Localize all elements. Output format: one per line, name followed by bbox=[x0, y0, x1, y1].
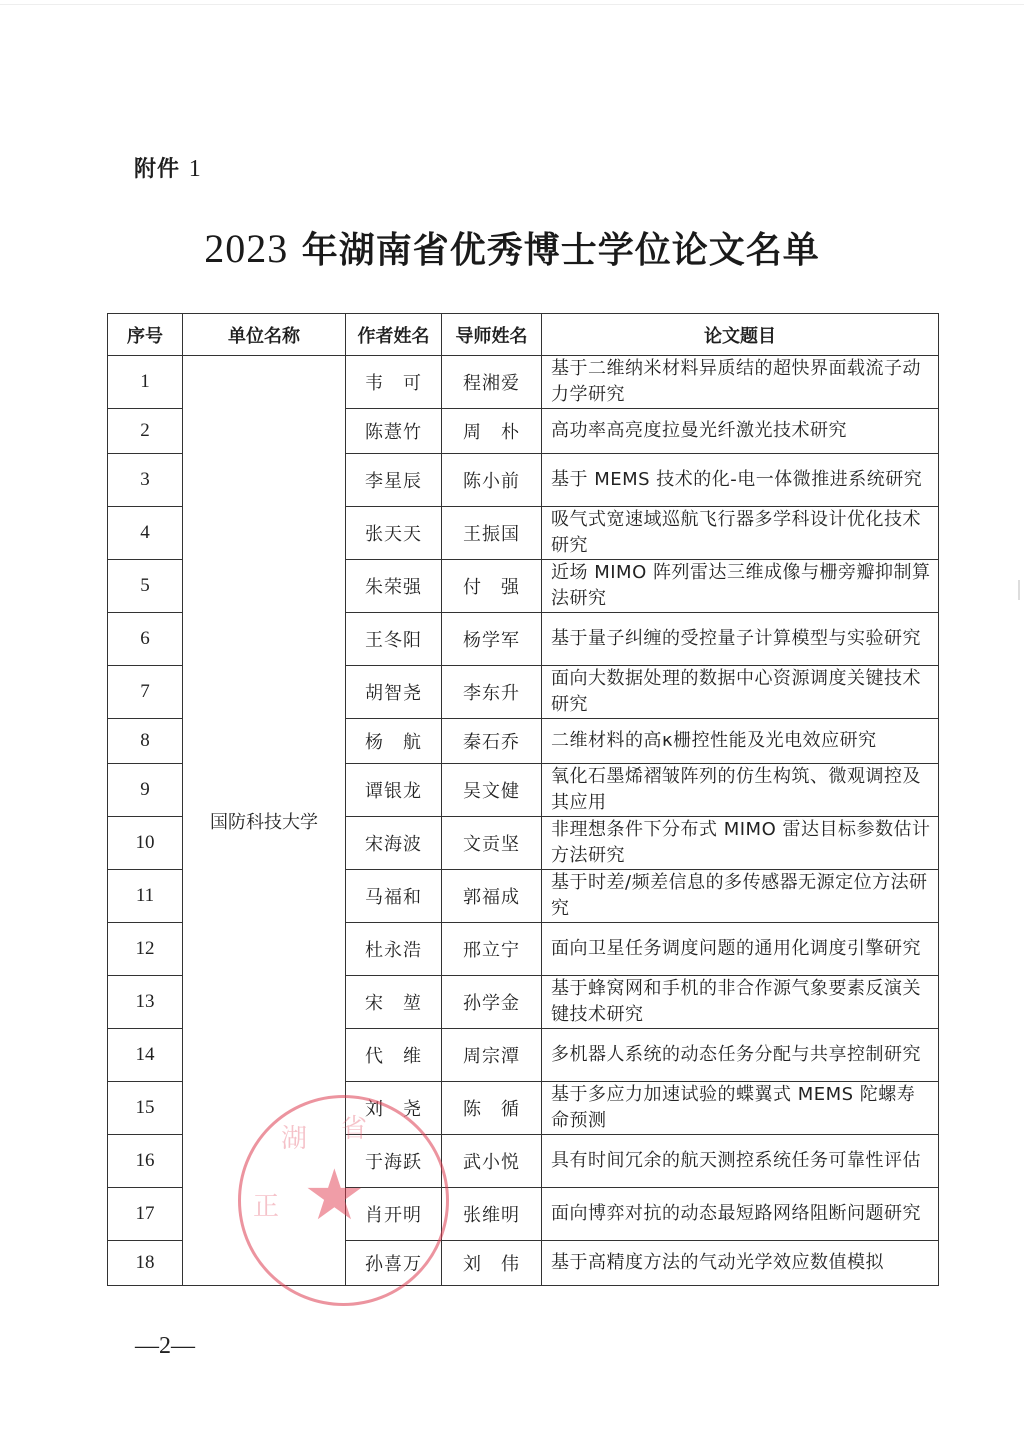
author-name: 刘 尧 bbox=[346, 1082, 442, 1135]
advisor-name: 程湘爱 bbox=[442, 356, 542, 409]
author-name: 杨 航 bbox=[346, 719, 442, 764]
author-name: 韦 可 bbox=[346, 356, 442, 409]
table-header-row: 序号 单位名称 作者姓名 导师姓名 论文题目 bbox=[108, 314, 939, 356]
attachment-text: 附件 bbox=[134, 157, 180, 182]
document-title: 2023 年湖南省优秀博士学位论文名单 bbox=[0, 222, 1024, 273]
thesis-topic: 基于多应力加速试验的蝶翼式 MEMS 陀螺寿命预测 bbox=[542, 1082, 939, 1135]
author-name: 胡智尧 bbox=[346, 666, 442, 719]
row-index: 11 bbox=[108, 870, 183, 923]
row-index: 14 bbox=[108, 1029, 183, 1082]
author-name: 宋 堃 bbox=[346, 976, 442, 1029]
row-index: 3 bbox=[108, 454, 183, 507]
row-index: 13 bbox=[108, 976, 183, 1029]
advisor-name: 文贡坚 bbox=[442, 817, 542, 870]
advisor-name: 陈 循 bbox=[442, 1082, 542, 1135]
thesis-topic: 基于二维纳米材料异质结的超快界面载流子动力学研究 bbox=[542, 356, 939, 409]
author-name: 孙喜万 bbox=[346, 1241, 442, 1286]
header-unit: 单位名称 bbox=[183, 314, 346, 356]
author-name: 张天天 bbox=[346, 507, 442, 560]
author-name: 朱荣强 bbox=[346, 560, 442, 613]
advisor-name: 邢立宁 bbox=[442, 923, 542, 976]
row-index: 15 bbox=[108, 1082, 183, 1135]
advisor-name: 孙学金 bbox=[442, 976, 542, 1029]
author-name: 谭银龙 bbox=[346, 764, 442, 817]
advisor-name: 周宗潭 bbox=[442, 1029, 542, 1082]
thesis-topic: 氧化石墨烯褶皱阵列的仿生构筑、微观调控及其应用 bbox=[542, 764, 939, 817]
scan-mark bbox=[1018, 580, 1020, 600]
row-index: 12 bbox=[108, 923, 183, 976]
thesis-topic: 面向卫星任务调度问题的通用化调度引擎研究 bbox=[542, 923, 939, 976]
row-index: 1 bbox=[108, 356, 183, 409]
row-index: 6 bbox=[108, 613, 183, 666]
author-name: 马福和 bbox=[346, 870, 442, 923]
thesis-topic: 面向大数据处理的数据中心资源调度关键技术研究 bbox=[542, 666, 939, 719]
author-name: 宋海波 bbox=[346, 817, 442, 870]
thesis-topic: 基于量子纠缠的受控量子计算模型与实验研究 bbox=[542, 613, 939, 666]
title-year: 2023 bbox=[204, 226, 288, 271]
advisor-name: 吴文健 bbox=[442, 764, 542, 817]
attachment-label: 附件 1 bbox=[134, 152, 202, 183]
thesis-list-table: 序号 单位名称 作者姓名 导师姓名 论文题目 1国防科技大学韦 可程湘爱基于二维… bbox=[107, 313, 939, 1286]
thesis-topic: 非理想条件下分布式 MIMO 雷达目标参数估计方法研究 bbox=[542, 817, 939, 870]
row-index: 2 bbox=[108, 409, 183, 454]
row-index: 16 bbox=[108, 1135, 183, 1188]
thesis-topic: 吸气式宽速域巡航飞行器多学科设计优化技术研究 bbox=[542, 507, 939, 560]
table-row: 1国防科技大学韦 可程湘爱基于二维纳米材料异质结的超快界面载流子动力学研究 bbox=[108, 356, 939, 409]
advisor-name: 陈小前 bbox=[442, 454, 542, 507]
row-index: 10 bbox=[108, 817, 183, 870]
thesis-topic: 面向博弈对抗的动态最短路网络阻断问题研究 bbox=[542, 1188, 939, 1241]
advisor-name: 刘 伟 bbox=[442, 1241, 542, 1286]
header-topic: 论文题目 bbox=[542, 314, 939, 356]
advisor-name: 周 朴 bbox=[442, 409, 542, 454]
row-index: 18 bbox=[108, 1241, 183, 1286]
row-index: 7 bbox=[108, 666, 183, 719]
thesis-topic: 二维材料的高κ栅控性能及光电效应研究 bbox=[542, 719, 939, 764]
header-index: 序号 bbox=[108, 314, 183, 356]
advisor-name: 王振国 bbox=[442, 507, 542, 560]
author-name: 肖开明 bbox=[346, 1188, 442, 1241]
unit-name: 国防科技大学 bbox=[183, 356, 346, 1286]
row-index: 17 bbox=[108, 1188, 183, 1241]
page-edge bbox=[0, 4, 1024, 5]
thesis-topic: 近场 MIMO 阵列雷达三维成像与栅旁瓣抑制算法研究 bbox=[542, 560, 939, 613]
author-name: 杜永浩 bbox=[346, 923, 442, 976]
advisor-name: 张维明 bbox=[442, 1188, 542, 1241]
author-name: 李星辰 bbox=[346, 454, 442, 507]
attachment-number: 1 bbox=[189, 156, 202, 182]
advisor-name: 杨学军 bbox=[442, 613, 542, 666]
advisor-name: 秦石乔 bbox=[442, 719, 542, 764]
thesis-topic: 高功率高亮度拉曼光纤激光技术研究 bbox=[542, 409, 939, 454]
header-author: 作者姓名 bbox=[346, 314, 442, 356]
advisor-name: 李东升 bbox=[442, 666, 542, 719]
row-index: 8 bbox=[108, 719, 183, 764]
author-name: 王冬阳 bbox=[346, 613, 442, 666]
advisor-name: 付 强 bbox=[442, 560, 542, 613]
author-name: 陈薏竹 bbox=[346, 409, 442, 454]
thesis-topic: 基于蜂窝网和手机的非合作源气象要素反演关键技术研究 bbox=[542, 976, 939, 1029]
thesis-topic: 具有时间冗余的航天测控系统任务可靠性评估 bbox=[542, 1135, 939, 1188]
thesis-topic: 基于 MEMS 技术的化-电一体微推进系统研究 bbox=[542, 454, 939, 507]
page-number: —2— bbox=[135, 1333, 195, 1360]
advisor-name: 郭福成 bbox=[442, 870, 542, 923]
thesis-topic: 多机器人系统的动态任务分配与共享控制研究 bbox=[542, 1029, 939, 1082]
thesis-topic: 基于高精度方法的气动光学效应数值模拟 bbox=[542, 1241, 939, 1286]
author-name: 于海跃 bbox=[346, 1135, 442, 1188]
row-index: 9 bbox=[108, 764, 183, 817]
author-name: 代 维 bbox=[346, 1029, 442, 1082]
header-advisor: 导师姓名 bbox=[442, 314, 542, 356]
thesis-topic: 基于时差/频差信息的多传感器无源定位方法研究 bbox=[542, 870, 939, 923]
advisor-name: 武小悦 bbox=[442, 1135, 542, 1188]
row-index: 4 bbox=[108, 507, 183, 560]
row-index: 5 bbox=[108, 560, 183, 613]
title-text: 年湖南省优秀博士学位论文名单 bbox=[302, 229, 820, 271]
